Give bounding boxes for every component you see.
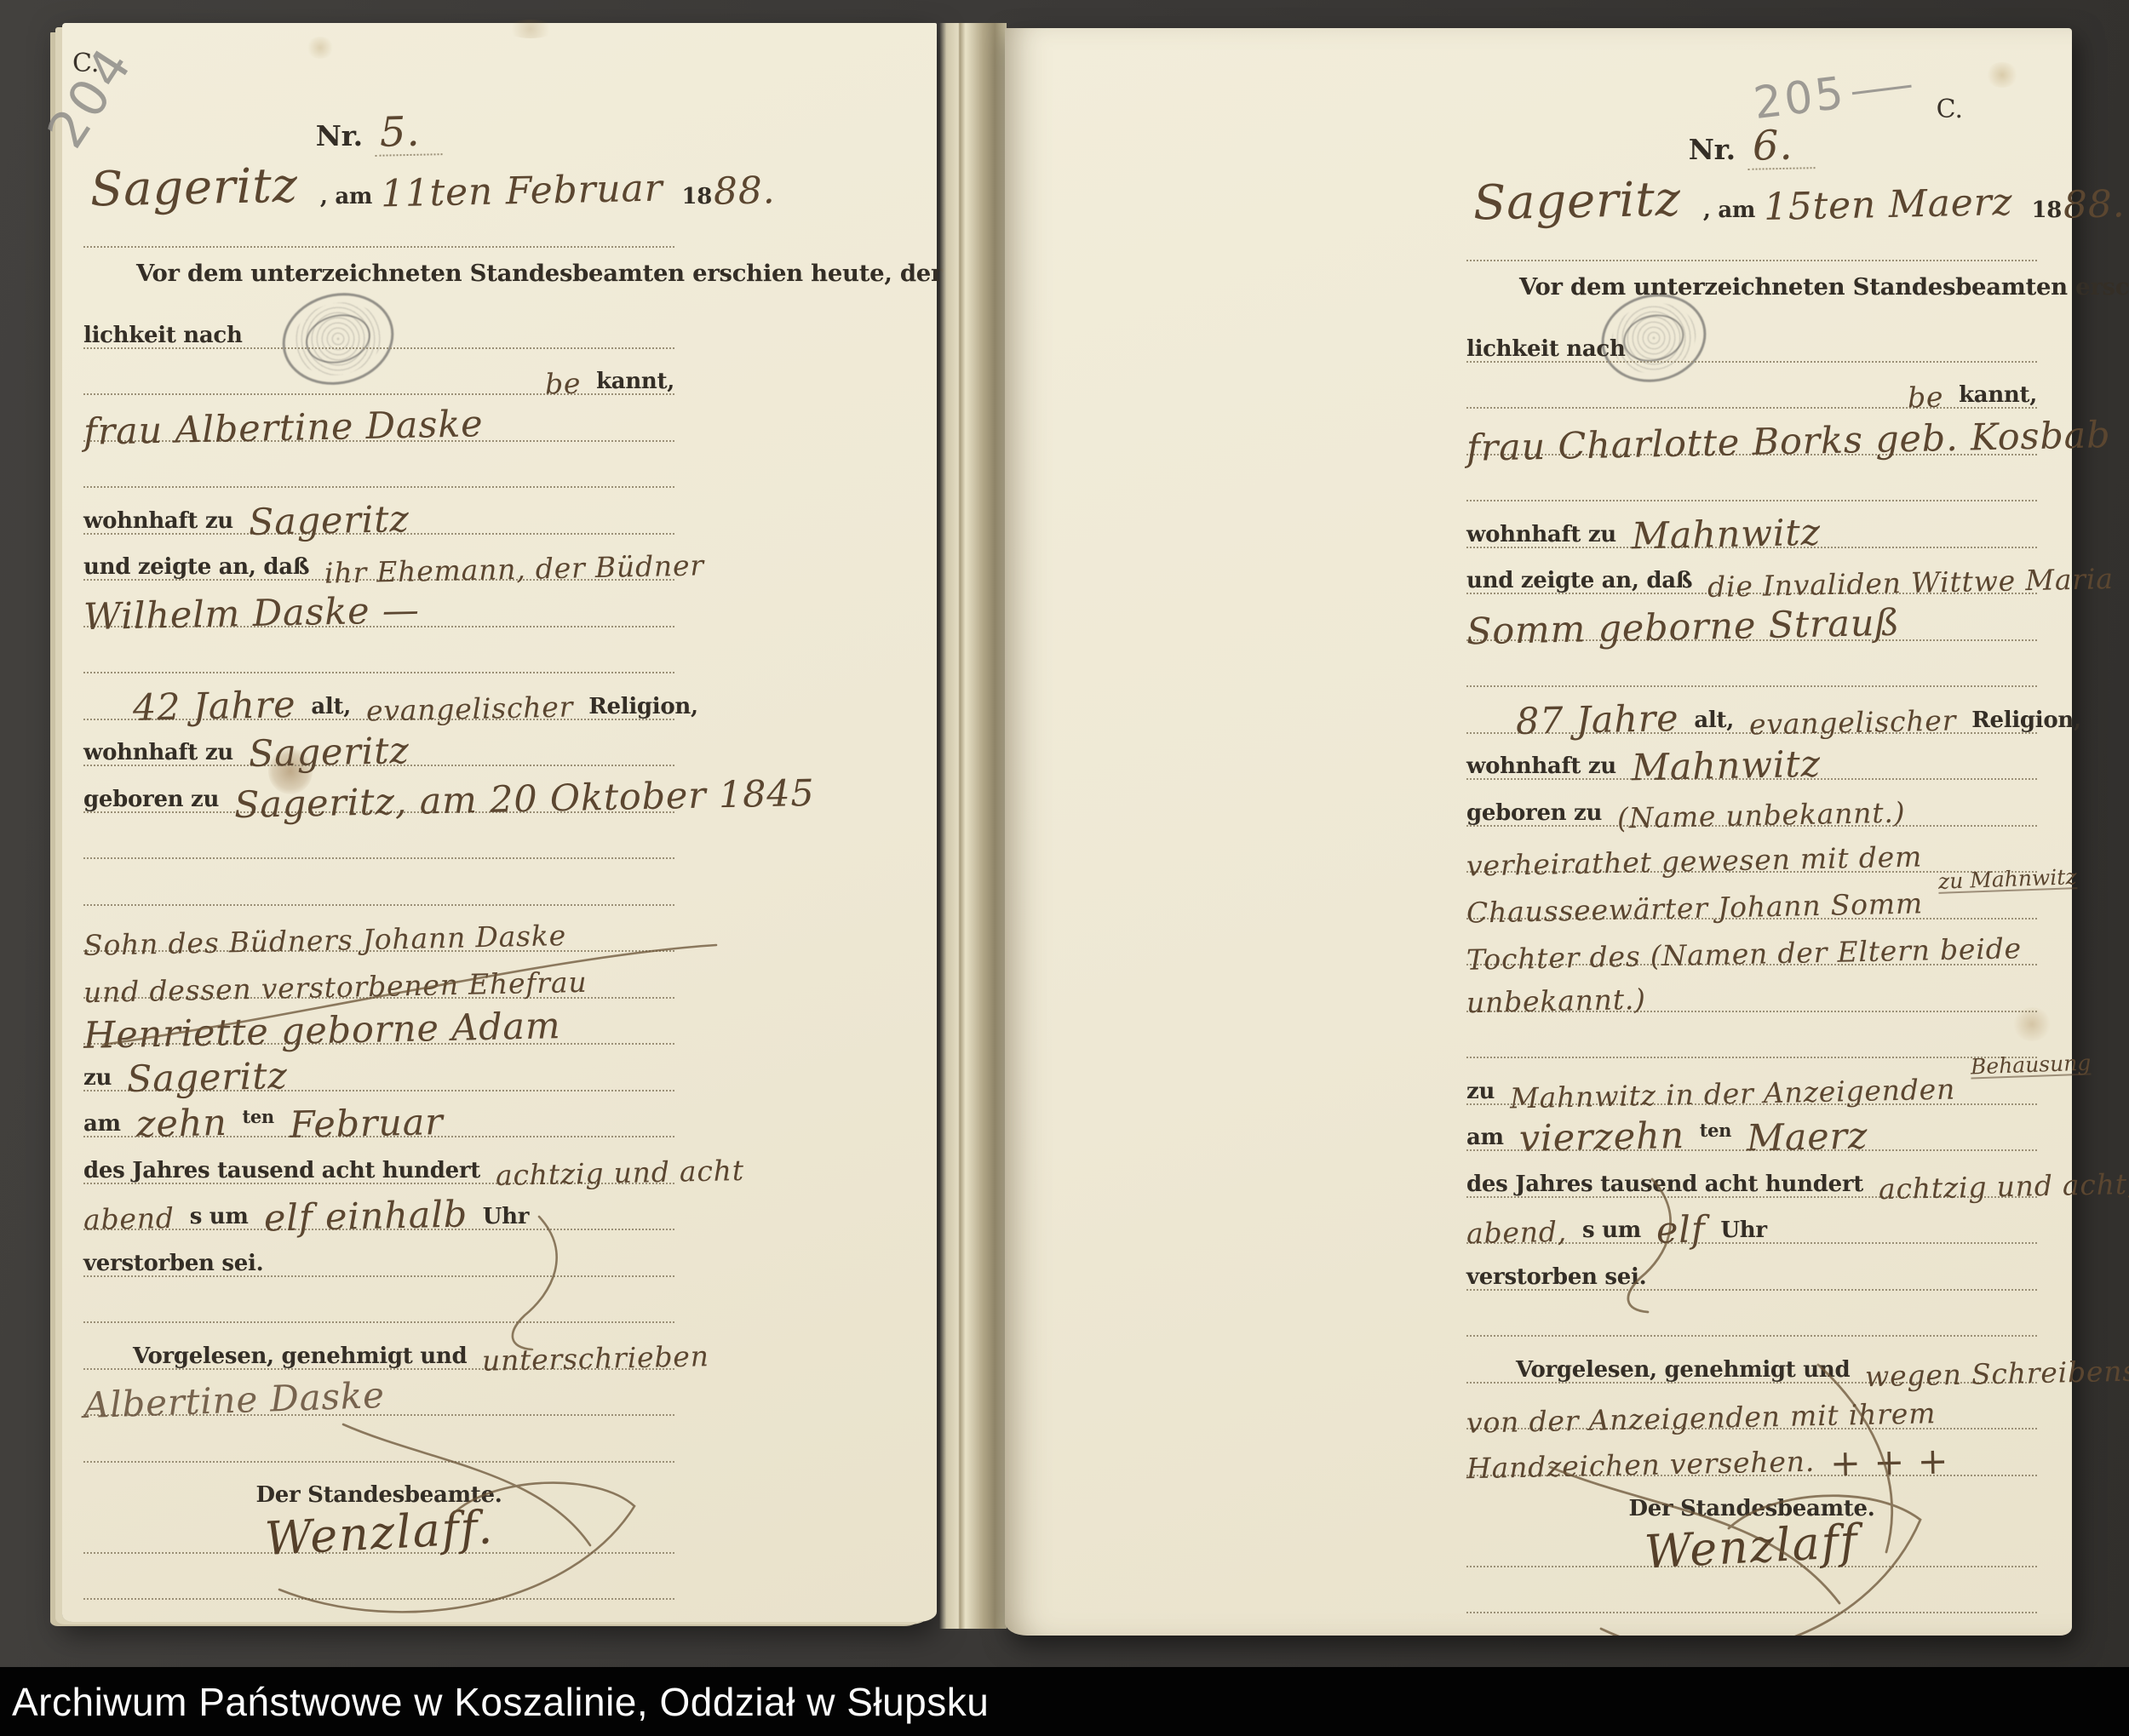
date-preposition: , am (320, 184, 372, 209)
printed-label: s um (1582, 1219, 1641, 1241)
form-row: geboren zuSageritz, am 20 Oktober 1845 (83, 766, 674, 813)
form-row: Wilhelm Daske — (83, 581, 674, 627)
form-row: Sohn des Büdners Johann Daske (83, 906, 674, 953)
date-handwritten: 15ten Maerz (1764, 184, 2013, 226)
place-date-line: Sageritz , am 15ten Maerz 18 88. (1466, 178, 2037, 261)
printed-label: lichkeit nach (83, 324, 243, 347)
form-row: frau Charlotte Borks geb. Kosbab (1466, 409, 2037, 455)
form-row: Wenzlaff (1466, 1521, 2037, 1567)
form-row: Henriette geborne Adam (83, 999, 674, 1046)
archive-caption-text: Archiwum Państwowe w Koszalinie, Oddział… (12, 1679, 989, 1725)
form-row (83, 859, 674, 906)
form-row: Der Standesbeamte. (1466, 1476, 2037, 1521)
handwritten-entry: abend, (1466, 1217, 1568, 1247)
form-row (83, 1277, 674, 1324)
form-row: und zeigte an, daßdie Invaliden Wittwe M… (1466, 548, 2037, 595)
printed-label: wohnhaft zu (1466, 524, 1616, 546)
printed-label: am (83, 1113, 121, 1135)
form-row: Vorgelesen, genehmigt undwegen Schreiben… (1466, 1337, 2037, 1384)
form-row: wohnhaft zuSageritz (83, 720, 674, 767)
form-row: des Jahres tausend acht hundertachtzig u… (1466, 1151, 2037, 1198)
record-number-line: Nr.6. (1466, 125, 2037, 178)
form-row: abend,s umelfUhr (1466, 1198, 2037, 1245)
printed-label: Religion, (588, 696, 698, 718)
year-handwritten: 88. (714, 172, 776, 211)
printed-label: verstorben sei. (83, 1252, 263, 1275)
form-row: wohnhaft zuMahnwitz (1466, 734, 2037, 781)
printed-label: geboren zu (1466, 802, 1602, 824)
printed-label: Uhr (1720, 1219, 1766, 1241)
form-row (83, 1416, 674, 1463)
form-row (1466, 1012, 2037, 1059)
printed-label: alt, (311, 696, 351, 718)
printed-label: des Jahres tausend acht hundert (83, 1160, 480, 1182)
form-row: amvierzehntenMaerz (1466, 1105, 2037, 1152)
place-date-line: Sageritz , am 11ten Februar 18 88. (83, 164, 674, 248)
form-row: verstorben sei. (1466, 1244, 2037, 1291)
form-row (1466, 1567, 2037, 1614)
printed-label: Uhr (483, 1206, 529, 1228)
form-row: Albertine Daske (83, 1370, 674, 1417)
printed-label: kannt, (596, 370, 674, 392)
scanned-register-spread: C. 204 Nr.5. Sageritz , am 11ten Februar… (0, 0, 2129, 1736)
form-row: Der Standesbeamte. (83, 1463, 674, 1508)
form-row: Vorgelesen, genehmigt undunterschrieben (83, 1323, 674, 1370)
date-preposition: , am (1703, 198, 1755, 223)
printed-label: s um (190, 1206, 249, 1228)
form-row: Handzeichen versehen.+ + + (1466, 1429, 2037, 1476)
year-handwritten: 88. (2063, 186, 2126, 225)
printed-label: geboren zu (83, 788, 219, 811)
register-page-right: C. 205 Nr.6. Sageritz , am 15ten Maerz 1… (1005, 28, 2072, 1636)
form-row: Chausseewärter Johann Sommzu Mahnwitz (1466, 873, 2037, 920)
printed-label: und zeigte an, daß (1466, 570, 1692, 592)
form-row: abends umelf einhalbUhr (83, 1184, 674, 1231)
handwritten-entry: be (544, 370, 581, 398)
form-row: lichkeit nach (83, 302, 674, 349)
date-handwritten: 11ten Februar (381, 170, 663, 214)
form-row: des Jahres tausend acht hundertachtzig u… (83, 1137, 674, 1184)
book-gutter (933, 23, 1007, 1629)
printed-label: Vorgelesen, genehmigt und (1516, 1359, 1850, 1381)
printed-label: und zeigte an, daß (83, 556, 309, 578)
printed-label: lichkeit nach (1466, 338, 1626, 360)
form-rows: lichkeit nachbekannt,frau Charlotte Bork… (1466, 316, 2037, 1613)
form-row: und dessen verstorbenen Ehefrau (83, 952, 674, 999)
printed-intro-line: Vor dem unterzeichneten Standesbeamten e… (83, 260, 674, 301)
form-row (83, 1554, 674, 1601)
form-row: bekannt, (83, 349, 674, 396)
printed-label: verstorben sei. (1466, 1266, 1646, 1288)
form-row: wohnhaft zuMahnwitz (1466, 501, 2037, 548)
form-row: Somm geborne Strauß (1466, 594, 2037, 641)
record-no-label: Nr. (316, 119, 363, 152)
printed-label: am (1466, 1126, 1504, 1149)
form-row: Wenzlaff. (83, 1507, 674, 1554)
form-row: bekannt, (1466, 363, 2037, 410)
form-row: verstorben sei. (83, 1230, 674, 1277)
printed-label: ten (242, 1108, 273, 1126)
form-row: lichkeit nach (1466, 316, 2037, 363)
form-row (1466, 641, 2037, 688)
form-row: wohnhaft zuSageritz (83, 488, 674, 535)
form-row (83, 813, 674, 860)
form-row: und zeigte an, daßihr Ehemann, der Büdne… (83, 535, 674, 582)
form-row: Tochter des (Namen der Eltern beide (1466, 920, 2037, 966)
record-no-value: 5. (374, 111, 442, 157)
form-row: unbekannt.) (1466, 965, 2037, 1012)
handwritten-entry: be (1907, 383, 1943, 412)
form-row: amzehntenFebruar (83, 1091, 674, 1138)
register-page-left: C. 204 Nr.5. Sageritz , am 11ten Februar… (62, 23, 937, 1622)
printed-label: alt, (1694, 709, 1734, 731)
form-row: 87 Jahrealt,evangelischerReligion, (1466, 687, 2037, 734)
printed-intro-line: Vor dem unterzeichneten Standesbeamten e… (1466, 273, 2037, 314)
place-name: Sageritz (89, 162, 298, 214)
form-rows: lichkeit nachbekannt,frau Albertine Dask… (83, 302, 674, 1600)
record-no-value: 6. (1747, 124, 1815, 170)
printed-label: Religion, (1971, 709, 2081, 731)
form-row (1466, 1291, 2037, 1338)
printed-label: Vorgelesen, genehmigt und (133, 1345, 467, 1367)
inserted-note: zu Mahnwitz (1938, 866, 2077, 894)
record-number-line: Nr.5. (83, 112, 674, 164)
place-name: Sageritz (1472, 175, 1681, 227)
inserted-note: Behausung (1971, 1051, 2092, 1079)
printed-label: kannt, (1959, 384, 2037, 406)
year-printed-prefix: 18 (682, 184, 713, 209)
form-row: geboren zu(Name unbekannt.) (1466, 780, 2037, 827)
printed-label: des Jahres tausend acht hundert (1466, 1173, 1863, 1195)
printed-label: zu (1466, 1080, 1495, 1103)
form-row: von der Anzeigenden mit ihrem (1466, 1384, 2037, 1430)
form-row: zuMahnwitz in der AnzeigendenBehausung (1466, 1058, 2037, 1105)
record-no-label: Nr. (1689, 133, 1736, 166)
printed-label: wohnhaft zu (1466, 755, 1616, 777)
printed-label: wohnhaft zu (83, 510, 233, 532)
printed-label: wohnhaft zu (83, 742, 233, 764)
form-row: zuSageritz (83, 1045, 674, 1091)
printed-label: ten (1700, 1121, 1731, 1139)
printed-label: zu (83, 1067, 112, 1089)
form-row (83, 627, 674, 674)
handwritten-entry: abend (83, 1204, 175, 1234)
form-row: verheirathet gewesen mit dem (1466, 827, 2037, 874)
form-row: 42 Jahrealt,evangelischerReligion, (83, 673, 674, 720)
form-row (83, 442, 674, 489)
form-row: frau Albertine Daske (83, 395, 674, 442)
archive-caption-bar: Archiwum Państwowe w Koszalinie, Oddział… (0, 1667, 2129, 1736)
form-row (1466, 455, 2037, 502)
year-printed-prefix: 18 (2031, 198, 2062, 223)
